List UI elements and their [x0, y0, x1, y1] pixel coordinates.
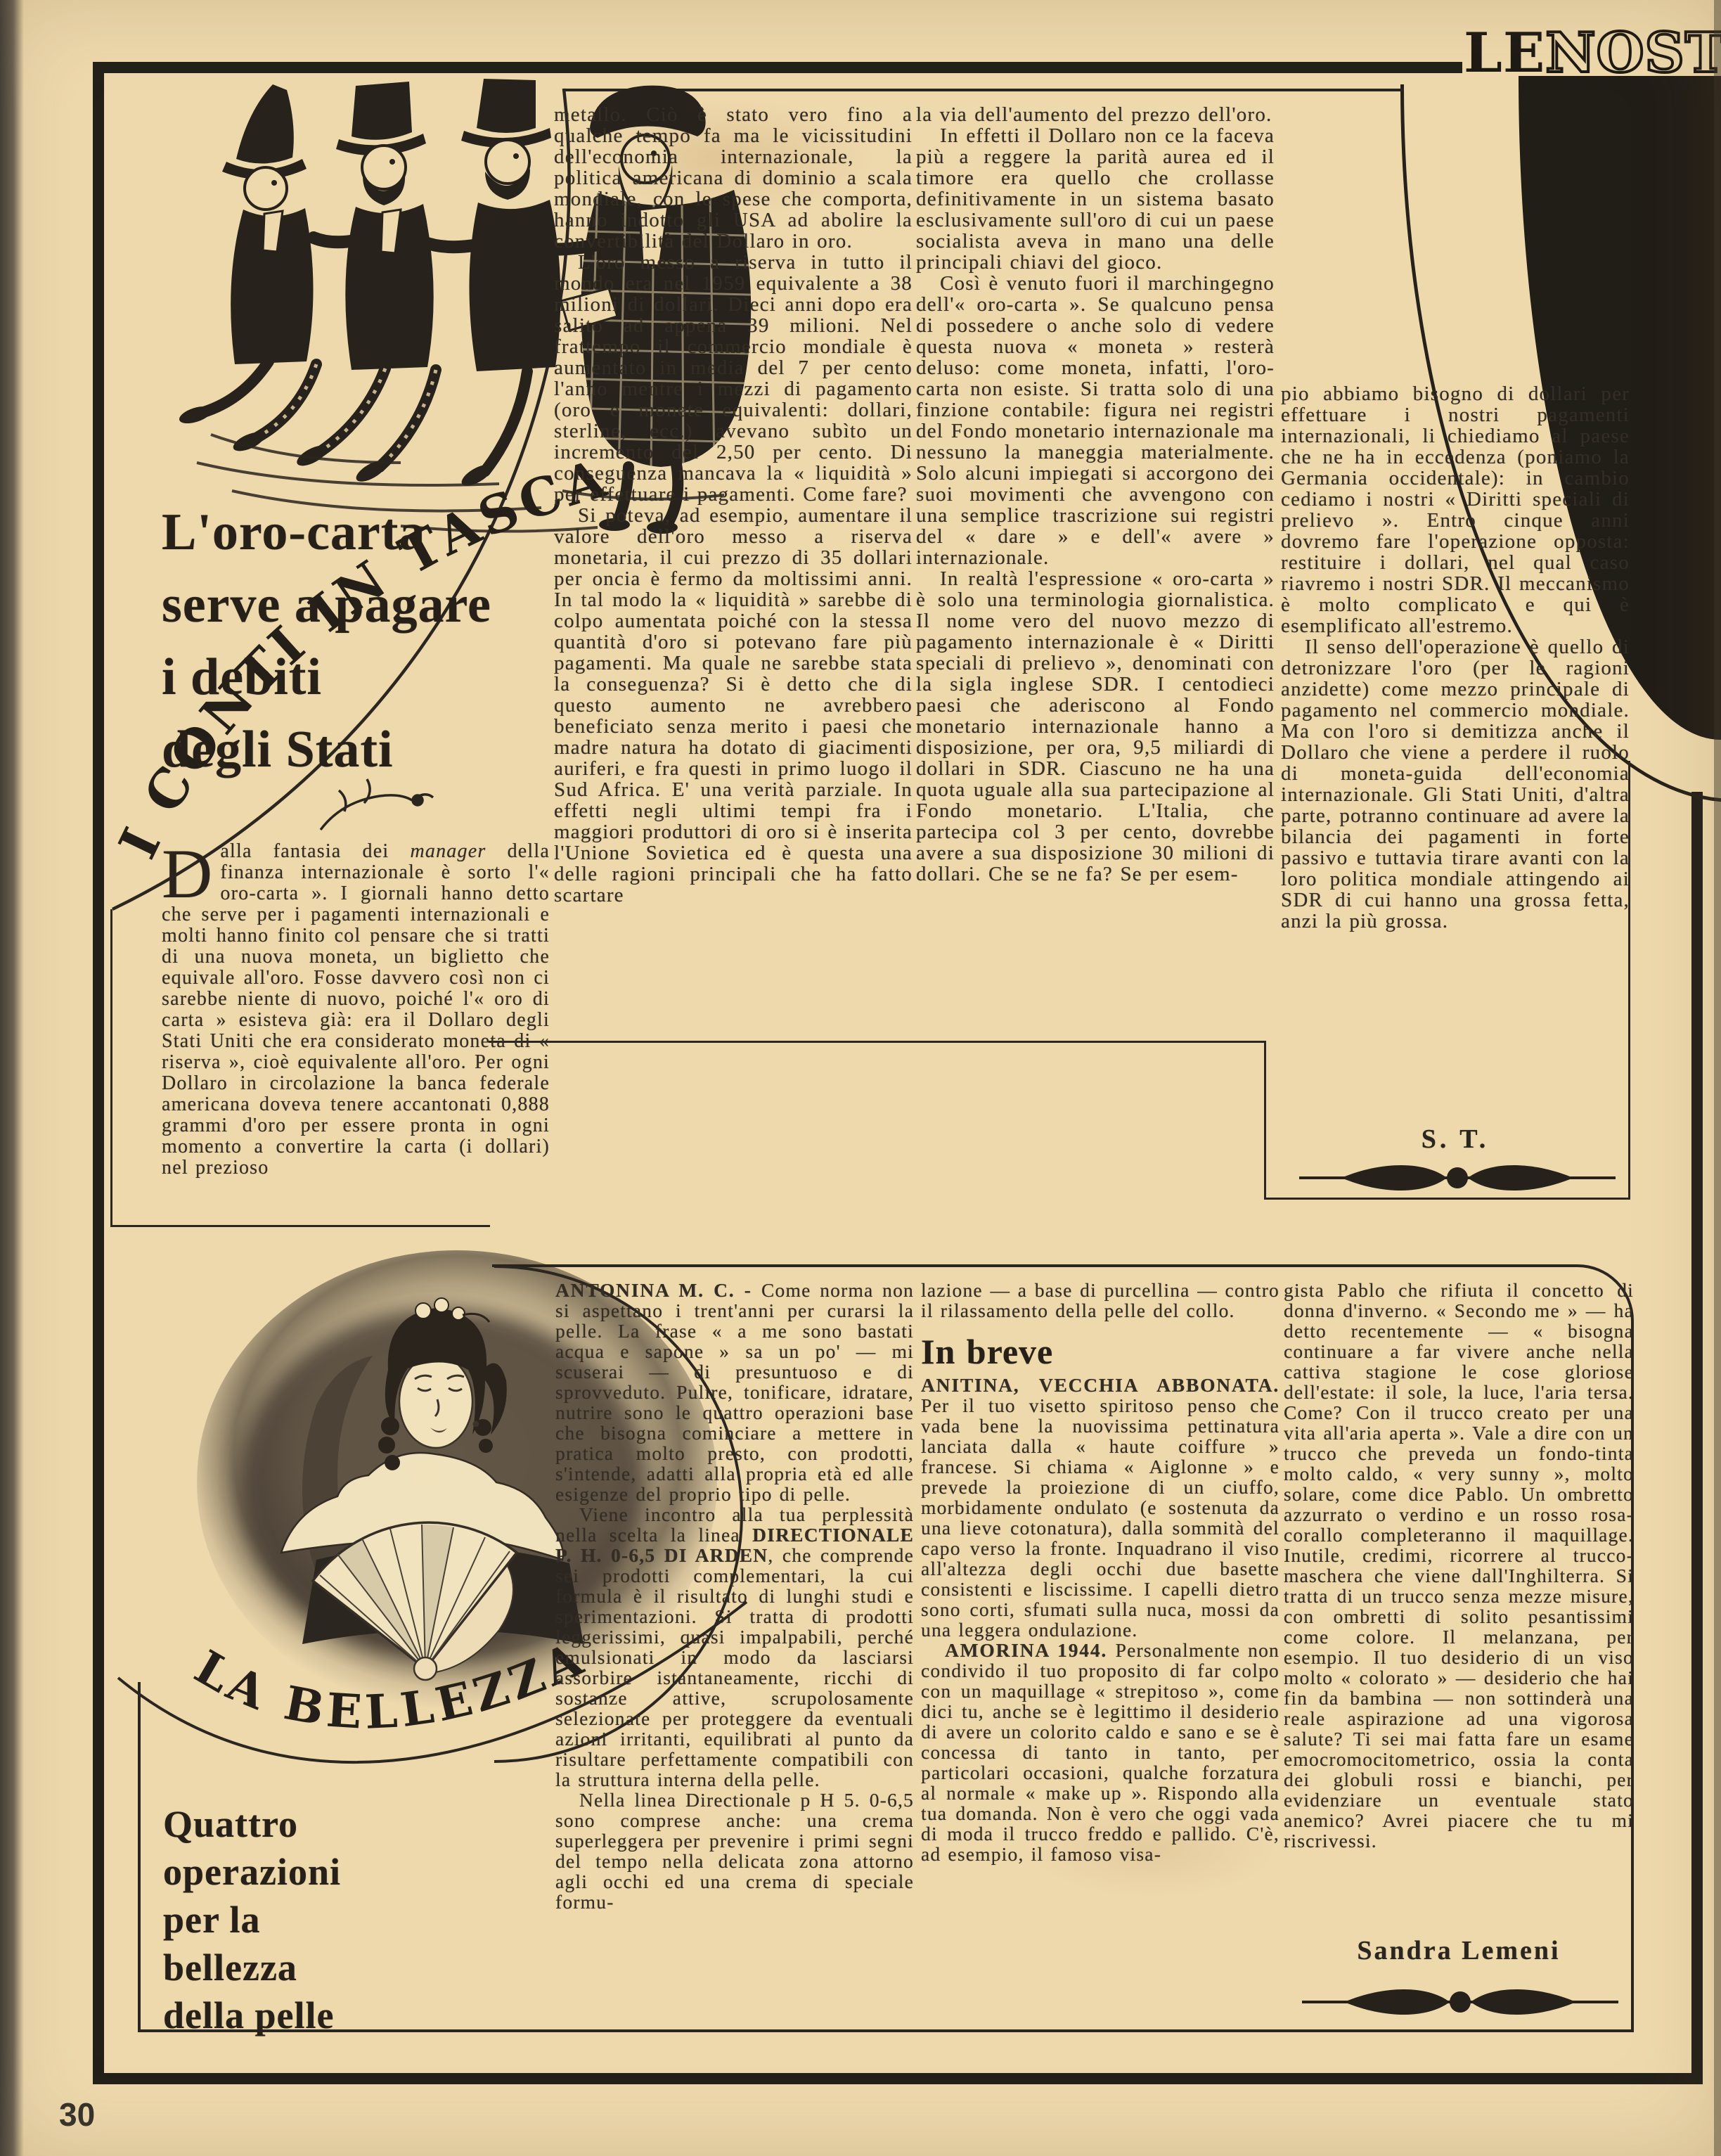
beauty-column-1: ANTONINA M. C. - Come norma non si aspet… — [555, 1280, 914, 2011]
paragraph: pio abbiamo bisogno di dollari per effet… — [1281, 383, 1630, 636]
title-line: della pelle — [163, 1991, 501, 2039]
title-line: i debiti — [162, 641, 550, 714]
paragraph: Dalla fantasia dei manager della finanza… — [162, 841, 550, 1179]
paragraph: lazione — a base di purcellina — contro … — [921, 1280, 1280, 1321]
letter-lead-in: AMORINA 1944. — [945, 1639, 1116, 1661]
finance-article-title: L'oro-cartaserve a pagarei debitidegli S… — [162, 496, 550, 786]
magazine-page: LENOSTRE — [0, 0, 1721, 2156]
finance-column-1: Dalla fantasia dei manager della finanza… — [162, 841, 550, 1229]
title-line: serve a pagare — [162, 569, 550, 641]
paragraph: AMORINA 1944. Personalmente non condivid… — [921, 1640, 1280, 1864]
title-line: L'oro-carta — [162, 496, 550, 569]
scan-edge-right — [1714, 0, 1721, 2156]
paragraph: Si poteva, ad esempio, aumentare il valo… — [554, 505, 913, 906]
letter-lead-in: ANITINA, VECCHIA ABBONATA. — [921, 1374, 1280, 1396]
title-line: bellezza — [163, 1944, 501, 1991]
paragraph: metallo. Ciò è stato vero fino a qualche… — [554, 104, 913, 252]
paragraph: Così è venuto fuori il marchingegno dell… — [916, 273, 1275, 568]
finance-box-left-rule — [110, 909, 112, 1227]
beauty-article-title: Quattrooperazioniper labellezzadella pel… — [163, 1800, 501, 2039]
finance-column-3: la via dell'aumento del prezzo dell'oro.… — [916, 104, 1275, 1039]
paragraph: ANTONINA M. C. - Come norma non si aspet… — [555, 1280, 914, 1504]
title-line: per la — [163, 1896, 501, 1944]
paragraph: ANITINA, VECCHIA ABBONATA. Per il tuo vi… — [921, 1375, 1280, 1640]
drop-cap: D — [162, 841, 220, 901]
ornament-divider — [1302, 1977, 1618, 2027]
title-line: degli Stati — [162, 714, 550, 786]
paragraph: L'oro messo a riserva in tutto il mondo … — [554, 252, 913, 505]
paragraph: la via dell'aumento del prezzo dell'oro. — [916, 104, 1275, 125]
paragraph: gista Pablo che rifiuta il concetto di d… — [1284, 1280, 1634, 1851]
finance-column-4: pio abbiamo bisogno di dollari per effet… — [1281, 383, 1630, 1122]
finance-signature: S. T. — [1281, 1124, 1630, 1155]
frame-bottom — [93, 2073, 1703, 2084]
paragraph: Nella linea Directionale p H 5. 0-6,5 so… — [555, 1790, 914, 1912]
beauty-signature: Sandra Lemeni — [1284, 1935, 1634, 1966]
beauty-column-3: gista Pablo che rifiuta il concetto di d… — [1284, 1280, 1634, 1934]
letter-lead-in: ANTONINA M. C. - — [555, 1280, 761, 1301]
paragraph: Il senso dell'operazione è quello di det… — [1281, 636, 1630, 932]
page-number: 30 — [59, 2096, 95, 2133]
frame-left — [93, 62, 104, 2084]
finance-column-2: metallo. Ciò è stato vero fino a qualche… — [554, 104, 913, 1039]
finance-box-mid-rule — [489, 1041, 1266, 1043]
sprig-doodle — [321, 779, 433, 830]
beauty-column-2: lazione — a base di purcellina — contro … — [921, 1280, 1280, 2011]
paragraph: In realtà l'espressione « oro-carta » è … — [916, 568, 1275, 885]
paragraph: Viene incontro alla tua perplessità nell… — [555, 1504, 914, 1790]
scan-edge-left — [0, 0, 24, 2156]
paragraph: In effetti il Dollaro non ce la faceva p… — [916, 125, 1275, 273]
title-line: Quattro — [163, 1800, 501, 1848]
finance-box-step-rule — [1264, 1041, 1266, 1200]
title-line: operazioni — [163, 1848, 501, 1896]
frame-right — [1691, 792, 1703, 2084]
ornament-divider — [1299, 1153, 1616, 1202]
in-breve-heading: In breve — [921, 1342, 1280, 1362]
